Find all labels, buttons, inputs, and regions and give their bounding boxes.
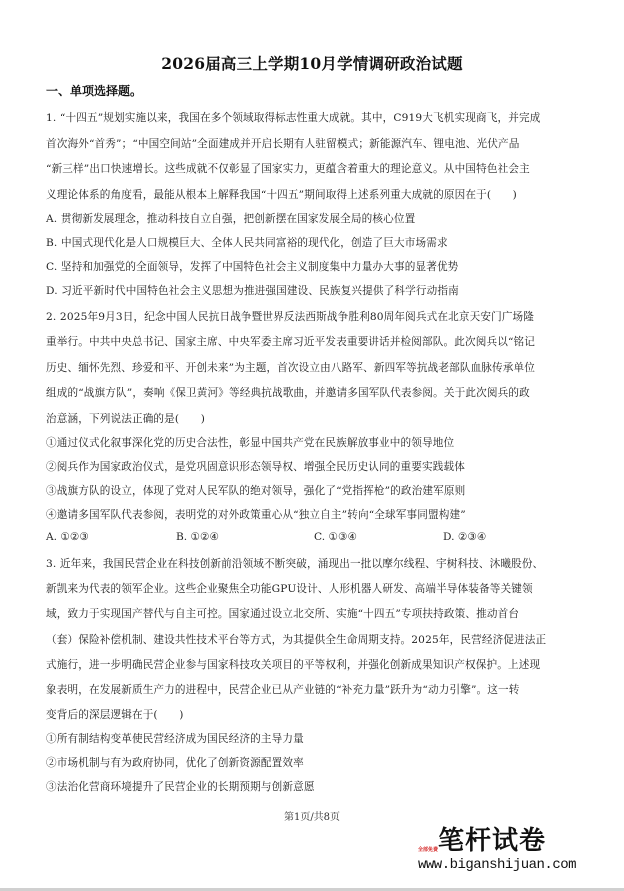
question-stem-line: 域，致力于实现国产替代与自主可控。国家通过设立北交所、实施“十四五”专项扶持政策…: [46, 606, 519, 621]
statement-1: ①所有制结构变革使民营经济成为国民经济的主导力量: [46, 731, 304, 746]
question-stem-line: 式施行，进一步明确民营企业参与国家科技攻关项目的平等权利，并强化创新成果知识产权…: [46, 657, 540, 672]
statement-1: ①通过仪式化叙事深化党的历史合法性，彰显中国共产党在民族解放事业中的领导地位: [46, 435, 454, 450]
page-title: 2026届高三上学期10月学情调研政治试题: [0, 52, 624, 74]
question-stem-line: 重举行。中共中央总书记、国家主席、中央军委主席习近平发表重要讲话并检阅部队。此次…: [46, 334, 535, 349]
question-stem-line: 变背后的深层逻辑在于( ): [46, 707, 184, 722]
choice-b: B. 中国式现代化是人口规模巨大、全体人民共同富裕的现代化，创造了巨大市场需求: [46, 235, 448, 250]
question-stem-line: 新凯来为代表的领军企业。这些企业聚焦全功能GPU设计、人形机器人研发、高端半导体…: [46, 581, 533, 596]
page-number: 第1页/共8页: [0, 808, 624, 823]
choice-a: A. ①②③: [46, 531, 89, 543]
statement-2: ②阅兵作为国家政治仪式，是党巩固意识形态领导权、增强全民历史认同的重要实践载体: [46, 459, 465, 474]
question-stem-line: 首次海外“首秀”；“中国空间站”全面建成并开启长期有人驻留模式；新能源汽车、锂电…: [46, 136, 520, 151]
choice-d: D. ②③④: [443, 531, 486, 543]
question-stem-line: 治意涵，下列说法正确的是( ): [46, 411, 205, 426]
question-stem-line: 历史、缅怀先烈、珍爱和平、开创未来”为主题，首次设立由八路军、新四军等抗战老部队…: [46, 360, 535, 375]
statement-3: ③战旗方队的设立，体现了党对人民军队的绝对领导，强化了“党指挥枪”的政治建军原则: [46, 483, 465, 498]
question-stem-line: 组成的“战旗方队”，奏响《保卫黄河》等经典抗战歌曲，并邀请多国军队代表参阅。关于…: [46, 385, 530, 400]
choice-a: A. 贯彻新发展理念，推动科技自立自强，把创新摆在国家发展全局的核心位置: [46, 211, 415, 226]
question-stem-line: 象表明，在发展新质生产力的进程中，民营企业已从产业链的“补充力量”跃升为“动力引…: [46, 682, 520, 697]
watermark-logo: 笔杆试卷 全部免费 www.biganshijuan.com: [418, 826, 598, 881]
question-stem-line: “新三样”出口快速增长。这些成就不仅彰显了国家实力，更蕴含着重大的理论意义。从中…: [46, 161, 530, 176]
question-stem-line: （套）保险补偿机制、建设共性技术平台等方式，为其提供全生命周期支持。2025年，…: [46, 632, 546, 647]
choice-b: B. ①②④: [176, 531, 219, 543]
watermark-name: 笔杆试卷: [438, 826, 546, 856]
question-stem-line: 3. 近年来，我国民营企业在科技创新前沿领域不断突破，涌现出一批以摩尔线程、宇树…: [46, 556, 543, 571]
question-stem-line: 1. “十四五”规划实施以来，我国在多个领域取得标志性重大成就。其中，C919大…: [46, 110, 540, 125]
statement-2: ②市场机制与有为政府协同，优化了创新资源配置效率: [46, 755, 304, 770]
section-heading: 一、单项选择题。: [46, 82, 142, 99]
watermark-url: www.biganshijuan.com: [418, 857, 576, 873]
document-page: 2026届高三上学期10月学情调研政治试题 一、单项选择题。 1. “十四五”规…: [0, 0, 624, 888]
question-stem-line: 义理论体系的角度看，最能从根本上解释我国“十四五”期间取得上述系列重大成就的原因…: [46, 187, 517, 202]
statement-3: ③法治化营商环境提升了民营企业的长期预期与创新意愿: [46, 779, 315, 794]
question-stem-line: 2. 2025年9月3日，纪念中国人民抗日战争暨世界反法西斯战争胜利80周年阅兵…: [46, 309, 534, 324]
watermark-tag: 全部免费: [418, 846, 438, 853]
choice-c: C. ①③④: [314, 531, 357, 543]
choice-c: C. 坚持和加强党的全面领导，发挥了中国特色社会主义制度集中力量办大事的显著优势: [46, 259, 458, 274]
statement-4: ④邀请多国军队代表参阅，表明党的对外政策重心从“独立自主”转向“全球军事同盟构建…: [46, 507, 466, 522]
choice-d: D. 习近平新时代中国特色社会主义思想为推进强国建设、民族复兴提供了科学行动指南: [46, 283, 459, 298]
